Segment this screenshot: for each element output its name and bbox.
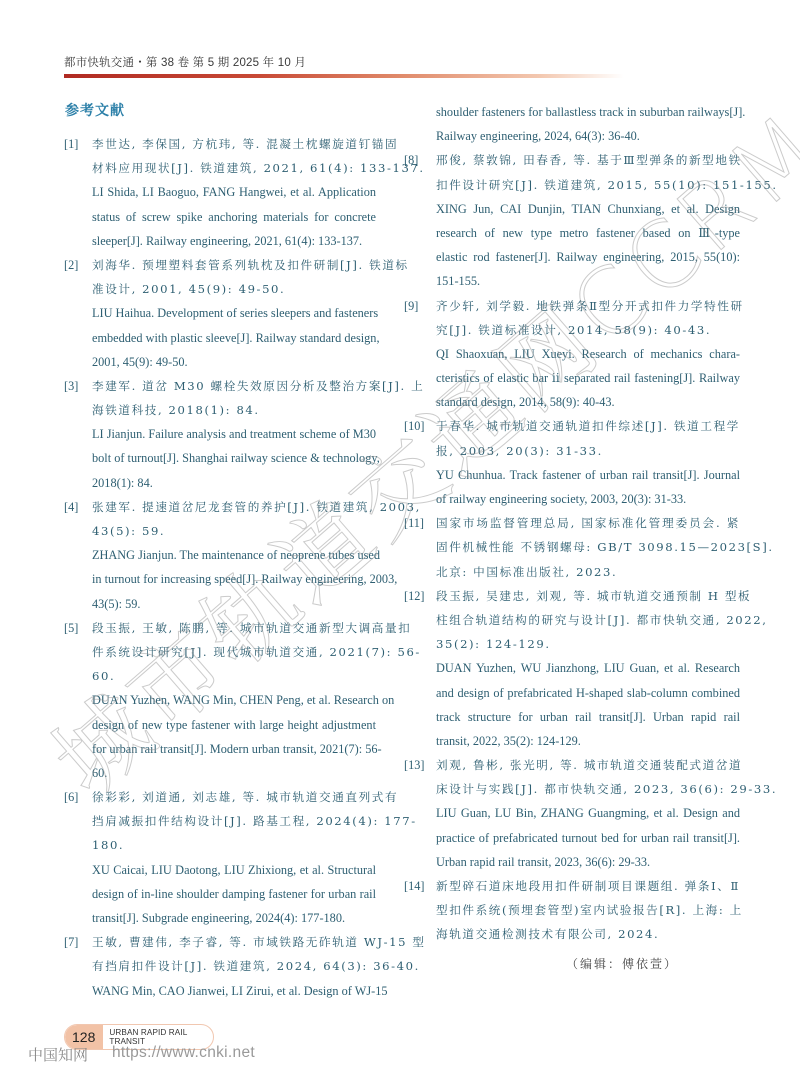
reference-line: 挡肩减振扣件结构设计[J]. 路基工程, 2024(4): 177- [92,809,376,833]
reference-line: 段玉振, 吴建忠, 刘观, 等. 城市轨道交通预制 H 型板 [436,584,740,608]
reference-line: 柱组合轨道结构的研究与设计[J]. 都市快轨交通, 2022, [436,608,740,632]
reference-line: 材料应用现状[J]. 铁道建筑, 2021, 61(4): 133-137. [92,156,376,180]
reference-number: [8] [404,148,418,172]
reference-line: 张建军. 提速道岔尼龙套管的养护[J]. 铁道建筑, 2003, [92,495,376,519]
reference-line: research of new type metro fastener base… [436,221,740,245]
reference-number: [12] [404,584,425,608]
reference-line: embedded with plastic sleeve[J]. Railway… [92,326,376,350]
reference-line: 海轨道交通检测技术有限公司, 2024. [436,922,740,946]
reference-number: [4] [64,495,78,519]
reference-line: transit[J]. Subgrade engineering, 2024(4… [92,906,376,930]
reference-item: [11]国家市场监督管理总局, 国家标准化管理委员会. 紧固件机械性能 不锈钢螺… [404,511,740,584]
reference-line: 件系统设计研究[J]. 现代城市轨道交通, 2021(7): 56- [92,640,376,664]
reference-number: [10] [404,414,425,438]
reference-line: sleeper[J]. Railway engineering, 2021, 6… [92,229,376,253]
references-column-left: [1]李世达, 李保国, 方杭玮, 等. 混凝土枕螺旋道钉锚固材料应用现状[J]… [64,132,376,1003]
reference-line: 段玉振, 王敏, 陈鹏, 等. 城市轨道交通新型大调高量扣 [92,616,376,640]
reference-line: 床设计与实践[J]. 都市快轨交通, 2023, 36(6): 29-33. [436,777,740,801]
reference-item: [2]刘海华. 预埋塑料套管系列轨枕及扣件研制[J]. 铁道标准设计, 2001… [64,253,376,374]
reference-line: 60. [92,761,376,785]
cnki-site-name: 中国知网 [28,1044,88,1065]
reference-line: 刘海华. 预埋塑料套管系列轨枕及扣件研制[J]. 铁道标 [92,253,376,277]
reference-item: [14]新型碎石道床地段用扣件研制项目课题组. 弹条Ⅰ、Ⅱ型扣件系统(预埋套管型… [404,874,740,947]
reference-line: 43(5): 59. [92,519,376,543]
reference-item-continued: shoulder fasteners for ballastless track… [404,100,740,148]
reference-item: [5]段玉振, 王敏, 陈鹏, 等. 城市轨道交通新型大调高量扣件系统设计研究[… [64,616,376,785]
reference-line: elastic rod fastener[J]. Railway enginee… [436,245,740,269]
reference-number: [11] [404,511,424,535]
reference-line: 新型碎石道床地段用扣件研制项目课题组. 弹条Ⅰ、Ⅱ [436,874,740,898]
references-column-right: shoulder fasteners for ballastless track… [404,100,740,947]
reference-line: in turnout for increasing speed[J]. Rail… [92,567,376,591]
header-rule [64,74,624,78]
reference-line: XING Jun, CAI Dunjin, TIAN Chunxiang, et… [436,197,740,221]
reference-number: [7] [64,930,78,954]
reference-line: QI Shaoxuan, LIU Xueyi. Research of mech… [436,342,740,366]
reference-line: 海铁道科技, 2018(1): 84. [92,398,376,422]
reference-line: of railway engineering society, 2003, 20… [436,487,740,511]
reference-number: [14] [404,874,425,898]
reference-item: [13]刘观, 鲁彬, 张光明, 等. 城市轨道交通装配式道岔道床设计与实践[J… [404,753,740,874]
reference-line: Railway engineering, 2024, 64(3): 36-40. [436,124,740,148]
reference-number: [1] [64,132,78,156]
reference-line: design of in-line shoulder damping faste… [92,882,376,906]
reference-line: 国家市场监督管理总局, 国家标准化管理委员会. 紧 [436,511,740,535]
reference-item: [9]齐少轩, 刘学毅. 地铁弹条Ⅱ型分开式扣件力学特性研究[J]. 铁道标准设… [404,294,740,415]
reference-line: 35(2): 124-129. [436,632,740,656]
cnki-url-link[interactable]: https://www.cnki.net [112,1044,255,1062]
reference-line: Urban rapid rail transit, 2023, 36(6): 2… [436,850,740,874]
reference-line: LIU Guan, LU Bin, ZHANG Guangming, et al… [436,801,740,825]
reference-line: design of new type fastener with large h… [92,713,376,737]
reference-line: XU Caicai, LIU Daotong, LIU Zhixiong, et… [92,858,376,882]
reference-line: YU Chunhua. Track fastener of urban rail… [436,463,740,487]
reference-line: 报, 2003, 20(3): 31-33. [436,439,740,463]
reference-line: ZHANG Jianjun. The maintenance of neopre… [92,543,376,567]
reference-line: 180. [92,833,376,857]
reference-number: [13] [404,753,425,777]
reference-line: LI Shida, LI Baoguo, FANG Hangwei, et al… [92,180,376,204]
reference-line: 151-155. [436,269,740,293]
reference-line: standard design, 2014, 58(9): 40-43. [436,390,740,414]
reference-number: [6] [64,785,78,809]
reference-line: track structure for urban rail transit[J… [436,705,740,729]
reference-line: transit, 2022, 35(2): 124-129. [436,729,740,753]
reference-number: [3] [64,374,78,398]
reference-line: 2001, 45(9): 49-50. [92,350,376,374]
reference-line: 齐少轩, 刘学毅. 地铁弹条Ⅱ型分开式扣件力学特性研 [436,294,740,318]
reference-line: 有挡肩扣件设计[J]. 铁道建筑, 2024, 64(3): 36-40. [92,954,376,978]
reference-line: 固件机械性能 不锈钢螺母: GB/T 3098.15—2023[S]. [436,535,740,559]
reference-line: 李世达, 李保国, 方杭玮, 等. 混凝土枕螺旋道钉锚固 [92,132,376,156]
reference-line: 于春华. 城市轨道交通轨道扣件综述[J]. 铁道工程学 [436,414,740,438]
reference-item: [3]李建军. 道岔 M30 螺栓失效原因分析及整治方案[J]. 上海铁道科技,… [64,374,376,495]
reference-line: 型扣件系统(预埋套管型)室内试验报告[R]. 上海: 上 [436,898,740,922]
reference-item: [6]徐彩彩, 刘道通, 刘志雄, 等. 城市轨道交通直列式有挡肩减振扣件结构设… [64,785,376,930]
reference-line: bolt of turnout[J]. Shanghai railway sci… [92,446,376,470]
reference-line: LIU Haihua. Development of series sleepe… [92,301,376,325]
reference-line: 准设计, 2001, 45(9): 49-50. [92,277,376,301]
reference-line: status of screw spike anchoring material… [92,205,376,229]
reference-item: [7]王敏, 曹建伟, 李子睿, 等. 市域铁路无砟轨道 WJ-15 型有挡肩扣… [64,930,376,1003]
reference-line: 究[J]. 铁道标准设计, 2014, 58(9): 40-43. [436,318,740,342]
reference-line: 北京: 中国标准出版社, 2023. [436,560,740,584]
reference-line: DUAN Yuzhen, WANG Min, CHEN Peng, et al.… [92,688,376,712]
reference-line: shoulder fasteners for ballastless track… [436,100,740,124]
reference-item: [10]于春华. 城市轨道交通轨道扣件综述[J]. 铁道工程学报, 2003, … [404,414,740,511]
section-title: 参考文献 [65,100,125,120]
reference-line: LI Jianjun. Failure analysis and treatme… [92,422,376,446]
running-head: 都市快轨交通・第 38 卷 第 5 期 2025 年 10 月 [64,54,306,70]
reference-line: 徐彩彩, 刘道通, 刘志雄, 等. 城市轨道交通直列式有 [92,785,376,809]
reference-number: [9] [404,294,418,318]
reference-number: [5] [64,616,78,640]
reference-line: WANG Min, CAO Jianwei, LI Zirui, et al. … [92,979,376,1003]
reference-line: 扣件设计研究[J]. 铁道建筑, 2015, 55(10): 151-155. [436,173,740,197]
reference-item: [8]邢俊, 蔡敦锦, 田春香, 等. 基于Ⅲ型弹条的新型地铁扣件设计研究[J]… [404,148,740,293]
reference-line: 刘观, 鲁彬, 张光明, 等. 城市轨道交通装配式道岔道 [436,753,740,777]
reference-line: and design of prefabricated H-shaped sla… [436,681,740,705]
reference-line: 王敏, 曹建伟, 李子睿, 等. 市域铁路无砟轨道 WJ-15 型 [92,930,376,954]
reference-line: DUAN Yuzhen, WU Jianzhong, LIU Guan, et … [436,656,740,680]
editor-note: （编辑：傅依萱） [566,955,678,972]
reference-line: practice of prefabricated turnout bed fo… [436,826,740,850]
reference-line: 43(5): 59. [92,592,376,616]
reference-number: [2] [64,253,78,277]
reference-line: 李建军. 道岔 M30 螺栓失效原因分析及整治方案[J]. 上 [92,374,376,398]
reference-line: cteristics of elastic bar ⅱ separated ra… [436,366,740,390]
reference-line: 60. [92,664,376,688]
reference-item: [1]李世达, 李保国, 方杭玮, 等. 混凝土枕螺旋道钉锚固材料应用现状[J]… [64,132,376,253]
reference-line: 2018(1): 84. [92,471,376,495]
reference-line: 邢俊, 蔡敦锦, 田春香, 等. 基于Ⅲ型弹条的新型地铁 [436,148,740,172]
reference-item: [4]张建军. 提速道岔尼龙套管的养护[J]. 铁道建筑, 2003,43(5)… [64,495,376,616]
reference-line: for urban rail transit[J]. Modern urban … [92,737,376,761]
reference-item: [12]段玉振, 吴建忠, 刘观, 等. 城市轨道交通预制 H 型板柱组合轨道结… [404,584,740,753]
